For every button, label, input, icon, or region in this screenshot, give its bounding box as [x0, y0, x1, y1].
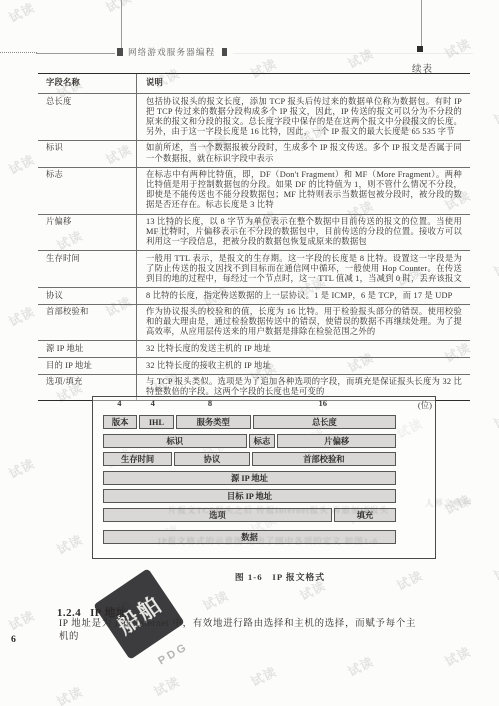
table-row: 协议8 比特的长度，指定传送数据的上一层协议。1 是 ICMP，6 是 TCP，…	[38, 287, 470, 304]
trial-watermark: 试读	[199, 586, 231, 614]
scan-artifact-line-left	[121, 0, 122, 50]
trial-watermark: 试读	[150, 672, 182, 700]
packet-field-grid: 版本IHL服务类型总长度标识标志片偏移生存时间协议首部校验和源 IP 地址目标 …	[103, 415, 396, 544]
packet-field-cell: 服务类型	[176, 415, 251, 429]
trial-watermark: 试读	[5, 150, 37, 178]
field-name-cell: 生存时间	[38, 251, 137, 287]
trial-watermark: 试读	[5, 606, 37, 634]
field-name-cell: 目的 IP 地址	[38, 358, 137, 374]
table-row: 标志在标志中有两种比特值，即，DF（Don't Fragment）和 MF（Mo…	[38, 167, 470, 214]
field-name-cell: 源 IP 地址	[38, 341, 137, 357]
packet-field-cell: 生存时间	[103, 452, 172, 466]
trial-watermark: 试读	[5, 0, 37, 26]
field-name-cell: 标志	[38, 168, 137, 214]
table-row: 首部校验和作为协议报头的校验和的值，长度为 16 比特。用于检验报头部分的错误。…	[38, 304, 470, 341]
packet-field-cell: 片偏移	[277, 434, 396, 448]
table-row: 总长度包括协议报头的报文长度，添加 TCP 报头后传过来的数据单位称为数据包。有…	[38, 93, 470, 140]
body-paragraph: IP 地址是为了在 Internet 中，有效地进行路由选择和主机的选择，而赋予…	[59, 618, 416, 644]
field-desc-cell: 在标志中有两种比特值，即，DF（Don't Fragment）和 MF（More…	[137, 168, 470, 214]
field-desc-cell: 一般用 TTL 表示，是报文的生存期。这一字段的长度是 8 比特。设置这一字段是…	[137, 251, 470, 287]
ip-field-table: 字段名称 说明 总长度包括协议报头的报文长度，添加 TCP 报头后传过来的数据单…	[38, 73, 470, 401]
column-header-field: 字段名称	[38, 74, 137, 93]
bit-width-labels: 44816	[103, 398, 396, 412]
packet-field-cell: 版本	[103, 415, 137, 429]
field-desc-cell: 作为协议报头的校验和的值，长度为 16 比特。用于检验报头部分的错误。使用校验和…	[137, 305, 470, 341]
trial-watermark: 试读	[53, 682, 85, 706]
ip-packet-format-figure: 44816 (位) 版本IHL服务类型总长度标识标志片偏移生存时间协议首部校验和…	[92, 396, 436, 559]
table-row: 生存时间一般用 TTL 表示，是报文的生存期。这一字段的长度是 8 比特。设置这…	[38, 250, 470, 287]
trial-watermark: 试读	[344, 652, 376, 680]
field-name-cell: 首部校验和	[38, 305, 137, 341]
trial-watermark: 试读	[490, 556, 499, 584]
header-rule-dotted	[0, 52, 37, 53]
trial-watermark: 试读	[5, 302, 37, 330]
scanned-book-page: 试读试读试读试读试读试读试读试读试读试读试读试读试读试读试读试读试读试读试读试读…	[0, 0, 499, 706]
trial-watermark: 试读	[490, 100, 499, 128]
bit-width-label: 8	[208, 398, 212, 408]
packet-row: 数据	[103, 530, 396, 544]
table-row: 片偏移13 比特的长度，以 8 字节为单位表示在整个数据中目前传送的报文的位置。…	[38, 214, 470, 251]
trial-watermark: 试读	[247, 662, 279, 690]
scan-artifact-line-right	[421, 0, 422, 47]
stamp-pdg-label: PDG	[156, 641, 190, 668]
packet-row: 标识标志片偏移	[103, 434, 396, 448]
packet-field-cell: 标志	[249, 434, 276, 448]
packet-field-cell: 填充	[334, 508, 396, 522]
packet-field-cell: IHL	[139, 415, 173, 429]
field-name-cell: 片偏移	[38, 215, 137, 251]
trial-watermark: 试读	[441, 490, 473, 518]
field-desc-cell: 13 比特的长度，以 8 字节为单位表示在整个数据中目前传送的报文的位置。当使用…	[137, 215, 470, 251]
trial-watermark: 试读	[53, 530, 85, 558]
scan-artifact-blob	[417, 46, 423, 52]
bit-unit-label: (位)	[418, 399, 432, 411]
header-square-icon	[222, 48, 227, 56]
table-row: 源 IP 地址32 比特长度的发送主机的 IP 地址	[38, 340, 470, 357]
packet-row: 版本IHL服务类型总长度	[103, 415, 396, 429]
packet-row: 目标 IP 地址	[103, 489, 396, 503]
trial-watermark: 试读	[441, 34, 473, 62]
trial-watermark: 试读	[102, 0, 134, 16]
header-square-icon	[117, 48, 123, 56]
trial-watermark: 试读	[5, 454, 37, 482]
running-header-title: 网络游戏服务器编程	[128, 46, 215, 58]
packet-field-cell: 数据	[103, 530, 396, 544]
table-row: 标识如前所述，当一个数据报被分段时，生成多个 IP 报文传送。多个 IP 报文是…	[38, 140, 470, 167]
header-rule-solid	[36, 53, 115, 54]
trial-watermark: 试读	[490, 404, 499, 432]
field-desc-cell: 32 比特长度的接收主机的 IP 地址	[137, 358, 470, 374]
field-name-cell: 标识	[38, 141, 137, 167]
packet-field-cell: 首部校验和	[252, 452, 396, 466]
packet-row: 选项填充	[103, 508, 396, 522]
column-header-desc: 说明	[137, 74, 470, 93]
field-desc-cell: 如前所述，当一个数据报被分段时，生成多个 IP 报文传送。多个 IP 报文是否属…	[137, 141, 470, 167]
packet-field-cell: 选项	[103, 508, 332, 522]
bit-width-label: 16	[319, 398, 328, 408]
packet-field-cell: 协议	[174, 452, 249, 466]
packet-field-cell: 源 IP 地址	[103, 471, 396, 485]
table-row: 目的 IP 地址32 比特长度的接收主机的 IP 地址	[38, 357, 470, 374]
packet-field-cell: 目标 IP 地址	[103, 489, 396, 503]
bit-width-label: 4	[117, 398, 121, 408]
page-number: 6	[11, 634, 16, 645]
trial-watermark: 试读	[490, 252, 499, 280]
field-desc-cell: 32 比特长度的发送主机的 IP 地址	[137, 341, 470, 357]
field-name-cell: 总长度	[38, 94, 137, 140]
field-desc-cell: 8 比特的长度，指定传送数据的上一层协议。1 是 ICMP，6 是 TCP，而 …	[137, 288, 470, 304]
bit-width-label: 4	[151, 398, 155, 408]
trial-watermark: 试读	[441, 642, 473, 670]
packet-row: 生存时间协议首部校验和	[103, 452, 396, 466]
trial-watermark: 试读	[344, 44, 376, 72]
packet-row: 源 IP 地址	[103, 471, 396, 485]
field-desc-cell: 包括协议报头的报文长度，添加 TCP 报头后传过来的数据单位称为数据包。有时 I…	[137, 94, 470, 140]
field-name-cell: 协议	[38, 288, 137, 304]
packet-field-cell: 标识	[103, 434, 247, 448]
table-header-row: 字段名称 说明	[38, 74, 470, 93]
packet-field-cell: 总长度	[253, 415, 396, 429]
header-rule-faint	[233, 53, 473, 54]
